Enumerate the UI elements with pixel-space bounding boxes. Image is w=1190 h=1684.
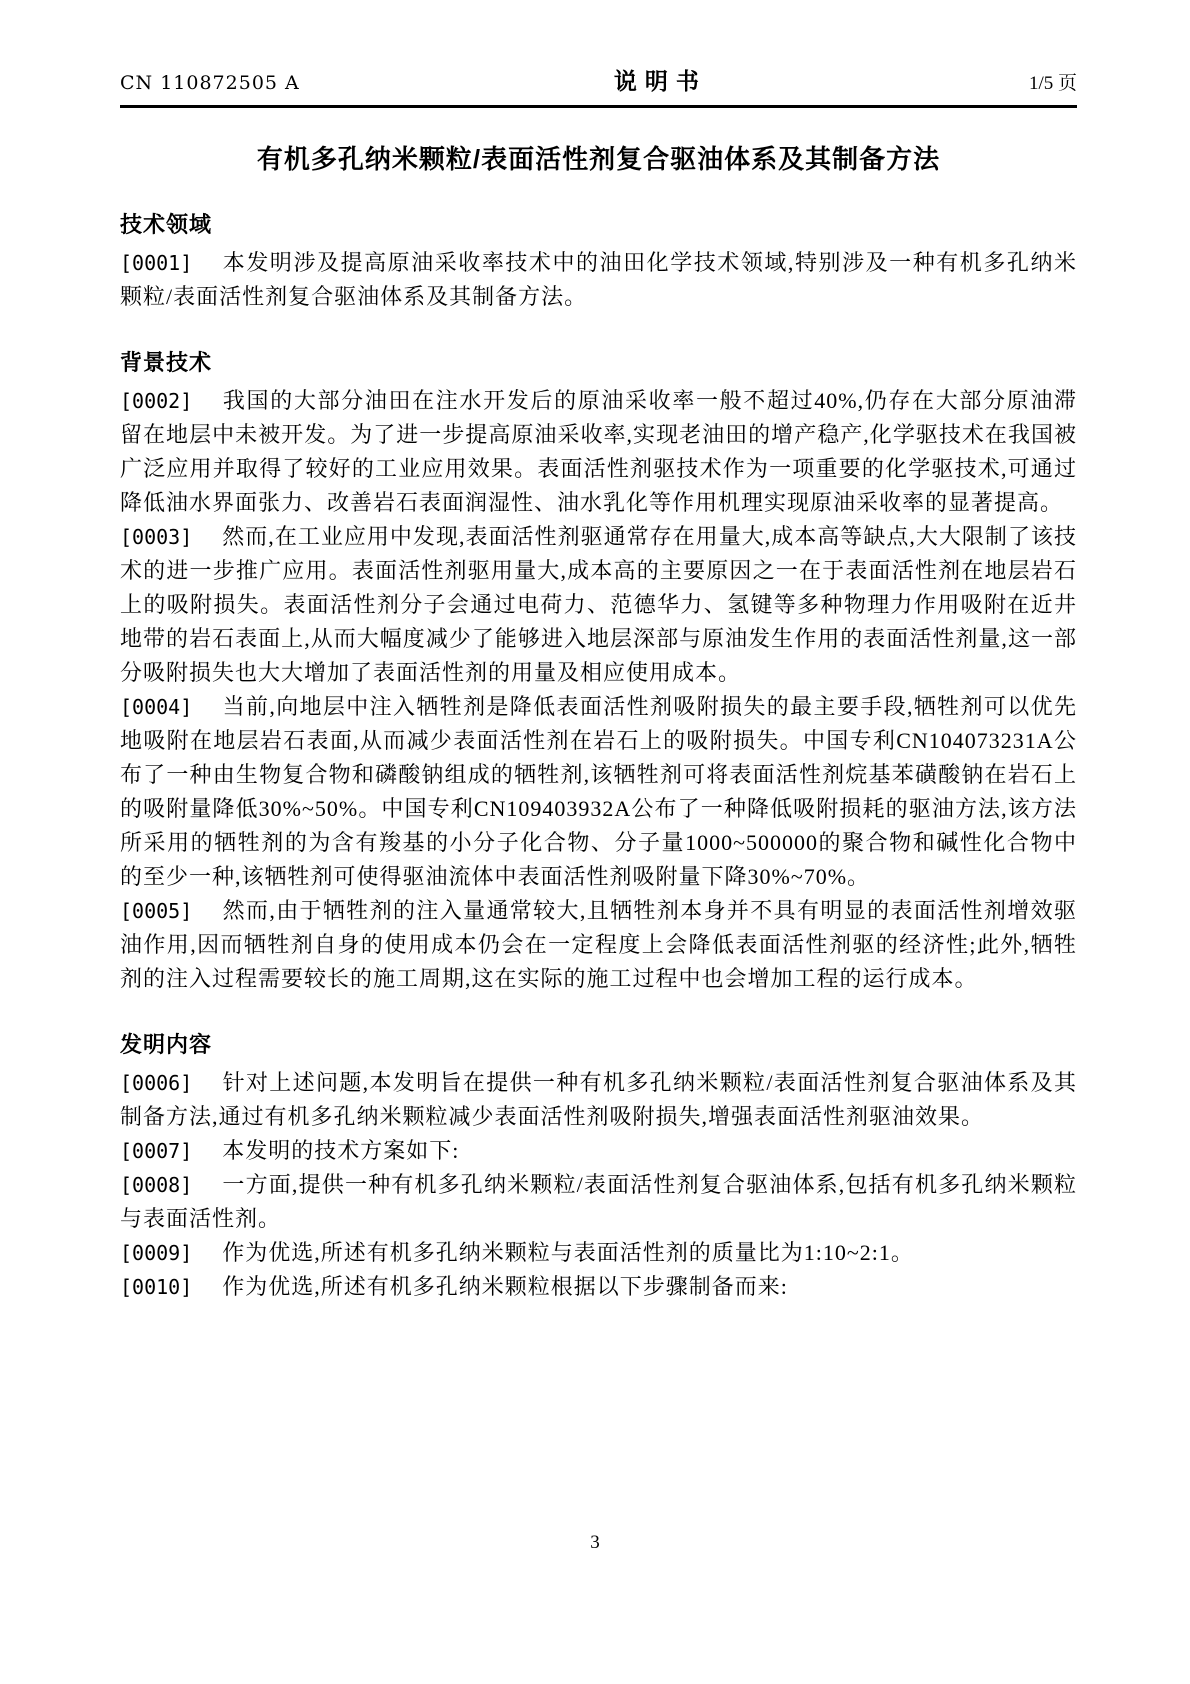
section-summary-of-invention: 发明内容 [0006]针对上述问题,本发明旨在提供一种有机多孔纳米颗粒/表面活性…: [120, 1030, 1077, 1304]
paragraph-0008: [0008]一方面,提供一种有机多孔纳米颗粒/表面活性剂复合驱油体系,包括有机多…: [120, 1168, 1077, 1236]
section-heading-technical-field: 技术领域: [120, 210, 1077, 240]
paragraph-tag-0004: [0004]: [120, 695, 192, 719]
paragraph-text-0008: 一方面,提供一种有机多孔纳米颗粒/表面活性剂复合驱油体系,包括有机多孔纳米颗粒与…: [120, 1172, 1077, 1231]
paragraph-text-0007: 本发明的技术方案如下:: [222, 1138, 459, 1163]
paragraph-tag-0010: [0010]: [120, 1275, 192, 1299]
section-heading-summary-of-invention: 发明内容: [120, 1030, 1077, 1060]
paragraph-tag-0002: [0002]: [120, 389, 192, 413]
paragraph-tag-0005: [0005]: [120, 899, 192, 923]
paragraph-tag-0006: [0006]: [120, 1071, 192, 1095]
paragraph-0001: [0001]本发明涉及提高原油采收率技术中的油田化学技术领域,特别涉及一种有机多…: [120, 246, 1077, 314]
section-technical-field: 技术领域 [0001]本发明涉及提高原油采收率技术中的油田化学技术领域,特别涉及…: [120, 210, 1077, 314]
paragraph-text-0006: 针对上述问题,本发明旨在提供一种有机多孔纳米颗粒/表面活性剂复合驱油体系及其制备…: [120, 1070, 1077, 1129]
paragraph-text-0003: 然而,在工业应用中发现,表面活性剂驱通常存在用量大,成本高等缺点,大大限制了该技…: [120, 524, 1077, 685]
doc-type-title: 说明书: [606, 70, 707, 94]
paragraph-text-0004: 当前,向地层中注入牺牲剂是降低表面活性剂吸附损失的最主要手段,牺牲剂可以优先地吸…: [120, 694, 1077, 889]
section-background-art: 背景技术 [0002]我国的大部分油田在注水开发后的原油采收率一般不超过40%,…: [120, 348, 1077, 996]
document-title: 有机多孔纳米颗粒/表面活性剂复合驱油体系及其制备方法: [120, 142, 1077, 176]
patent-description-page: CN 110872505 A 说明书 1/5 页 有机多孔纳米颗粒/表面活性剂复…: [0, 0, 1190, 1684]
paragraph-text-0009: 作为优选,所述有机多孔纳米颗粒与表面活性剂的质量比为1:10~2:1。: [222, 1240, 914, 1265]
paragraph-tag-0008: [0008]: [120, 1173, 192, 1197]
paragraph-text-0005: 然而,由于牺牲剂的注入量通常较大,且牺牲剂本身并不具有明显的表面活性剂增效驱油作…: [120, 898, 1077, 991]
paragraph-tag-0001: [0001]: [120, 251, 192, 275]
page-header: CN 110872505 A 说明书 1/5 页: [120, 70, 1077, 96]
paragraph-0004: [0004]当前,向地层中注入牺牲剂是降低表面活性剂吸附损失的最主要手段,牺牲剂…: [120, 690, 1077, 894]
paragraph-text-0002: 我国的大部分油田在注水开发后的原油采收率一般不超过40%,仍存在大部分原油滞留在…: [120, 388, 1077, 515]
paragraph-0007: [0007]本发明的技术方案如下:: [120, 1134, 1077, 1168]
paragraph-0006: [0006]针对上述问题,本发明旨在提供一种有机多孔纳米颗粒/表面活性剂复合驱油…: [120, 1066, 1077, 1134]
paragraph-tag-0007: [0007]: [120, 1139, 192, 1163]
paragraph-tag-0009: [0009]: [120, 1241, 192, 1265]
paragraph-0010: [0010]作为优选,所述有机多孔纳米颗粒根据以下步骤制备而来:: [120, 1270, 1077, 1304]
paragraph-tag-0003: [0003]: [120, 525, 192, 549]
page-number: 3: [0, 1532, 1190, 1554]
section-heading-background-art: 背景技术: [120, 348, 1077, 378]
header-rule: [120, 105, 1077, 108]
paragraph-0009: [0009]作为优选,所述有机多孔纳米颗粒与表面活性剂的质量比为1:10~2:1…: [120, 1236, 1077, 1270]
paragraph-text-0010: 作为优选,所述有机多孔纳米颗粒根据以下步骤制备而来:: [222, 1274, 788, 1299]
patent-number: CN 110872505 A: [120, 71, 300, 95]
paragraph-0005: [0005]然而,由于牺牲剂的注入量通常较大,且牺牲剂本身并不具有明显的表面活性…: [120, 894, 1077, 996]
page-indicator: 1/5 页: [1029, 72, 1077, 96]
paragraph-text-0001: 本发明涉及提高原油采收率技术中的油田化学技术领域,特别涉及一种有机多孔纳米颗粒/…: [120, 250, 1077, 309]
paragraph-0003: [0003]然而,在工业应用中发现,表面活性剂驱通常存在用量大,成本高等缺点,大…: [120, 520, 1077, 690]
paragraph-0002: [0002]我国的大部分油田在注水开发后的原油采收率一般不超过40%,仍存在大部…: [120, 384, 1077, 520]
